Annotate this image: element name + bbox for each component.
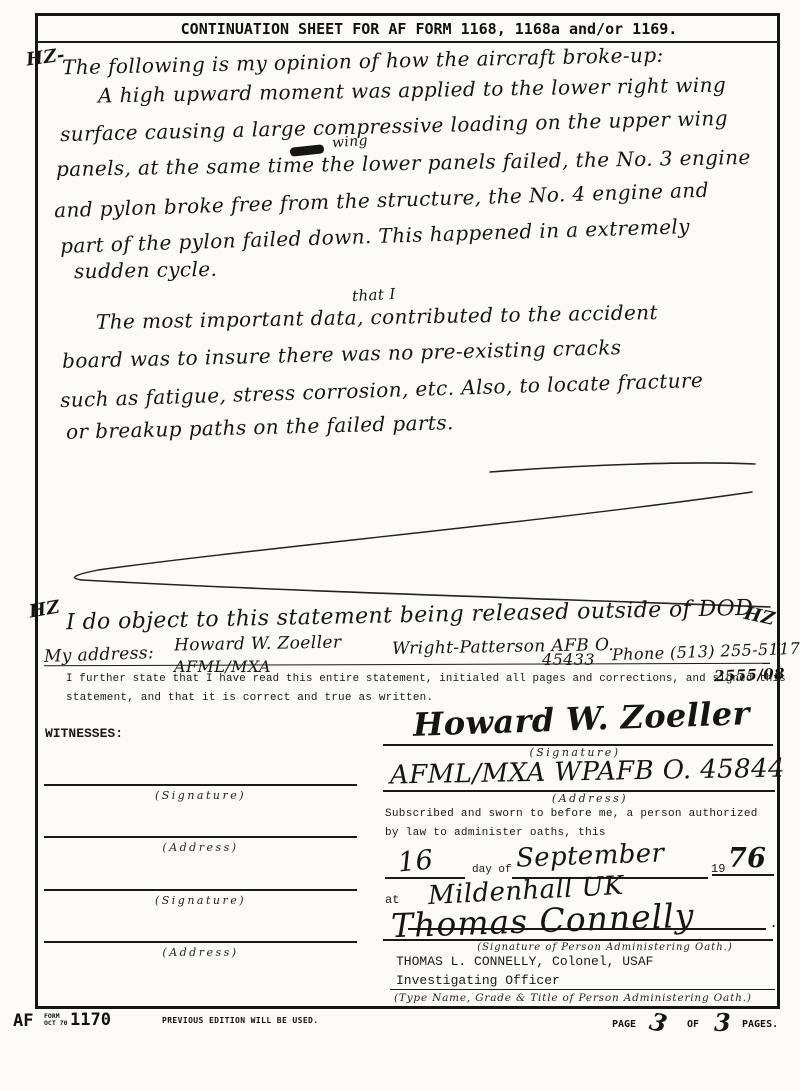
witness2-address-line — [44, 941, 357, 943]
subscribed-line1: Subscribed and sworn to before me, a per… — [385, 808, 758, 820]
type-name-rule — [390, 989, 775, 990]
footer-edition-note: PREVIOUS EDITION WILL BE USED. — [162, 1016, 319, 1025]
year-line — [712, 874, 774, 876]
oath-signature-label: (Signature of Person Administering Oath.… — [440, 942, 770, 953]
witness1-address-line — [44, 836, 357, 838]
affiant-address-label: (Address) — [470, 792, 710, 805]
witnesses-label: WITNESSES: — [45, 726, 123, 741]
address-note-zip: 45433 — [542, 650, 595, 669]
footer-total-pages: 3 — [714, 1008, 731, 1037]
oath-officer-title: Investigating Officer — [396, 973, 560, 988]
witness2-address-label: (Address) — [44, 946, 357, 959]
address-note-name: Howard W. Zoeller — [174, 633, 342, 656]
day-of-label: day of — [472, 864, 512, 876]
oath-signature-line — [383, 939, 773, 941]
day-line — [385, 877, 465, 879]
footer-page-label: PAGE — [612, 1019, 636, 1030]
affirmation-line1: I further state that I have read this en… — [66, 673, 786, 685]
oath-officer-name: THOMAS L. CONNELLY, Colonel, USAF — [396, 954, 653, 969]
footer-form-number: 1170 — [70, 1010, 111, 1030]
footer-af: AF — [13, 1011, 33, 1031]
witness1-signature-label: (Signature) — [44, 789, 357, 802]
year-value: 76 — [728, 843, 766, 874]
affirmation-line2: statement, and that it is correct and tr… — [66, 692, 433, 704]
subscribed-line2: by law to administer oaths, this — [385, 827, 606, 839]
month-value: September — [516, 838, 665, 873]
type-name-label: (Type Name, Grade & Title of Person Admi… — [394, 992, 774, 1004]
address-note-prefix: My address: — [44, 643, 155, 667]
place-period: . — [771, 912, 777, 931]
footer-form-month: OCT 70 — [44, 1019, 67, 1027]
footer-pages-label: PAGES. — [742, 1019, 778, 1030]
footer-of-label: OF — [687, 1019, 699, 1030]
day-value: 16 — [397, 845, 435, 879]
witness2-signature-label: (Signature) — [44, 894, 357, 907]
witness2-signature-line — [44, 889, 357, 891]
at-label: at — [385, 893, 399, 907]
footer-form-date: FORM OCT 70 — [44, 1013, 68, 1027]
scanned-continuation-sheet: CONTINUATION SHEET FOR AF FORM 1168, 116… — [0, 0, 800, 1091]
witness1-signature-line — [44, 784, 357, 786]
witness1-address-label: (Address) — [44, 841, 357, 854]
